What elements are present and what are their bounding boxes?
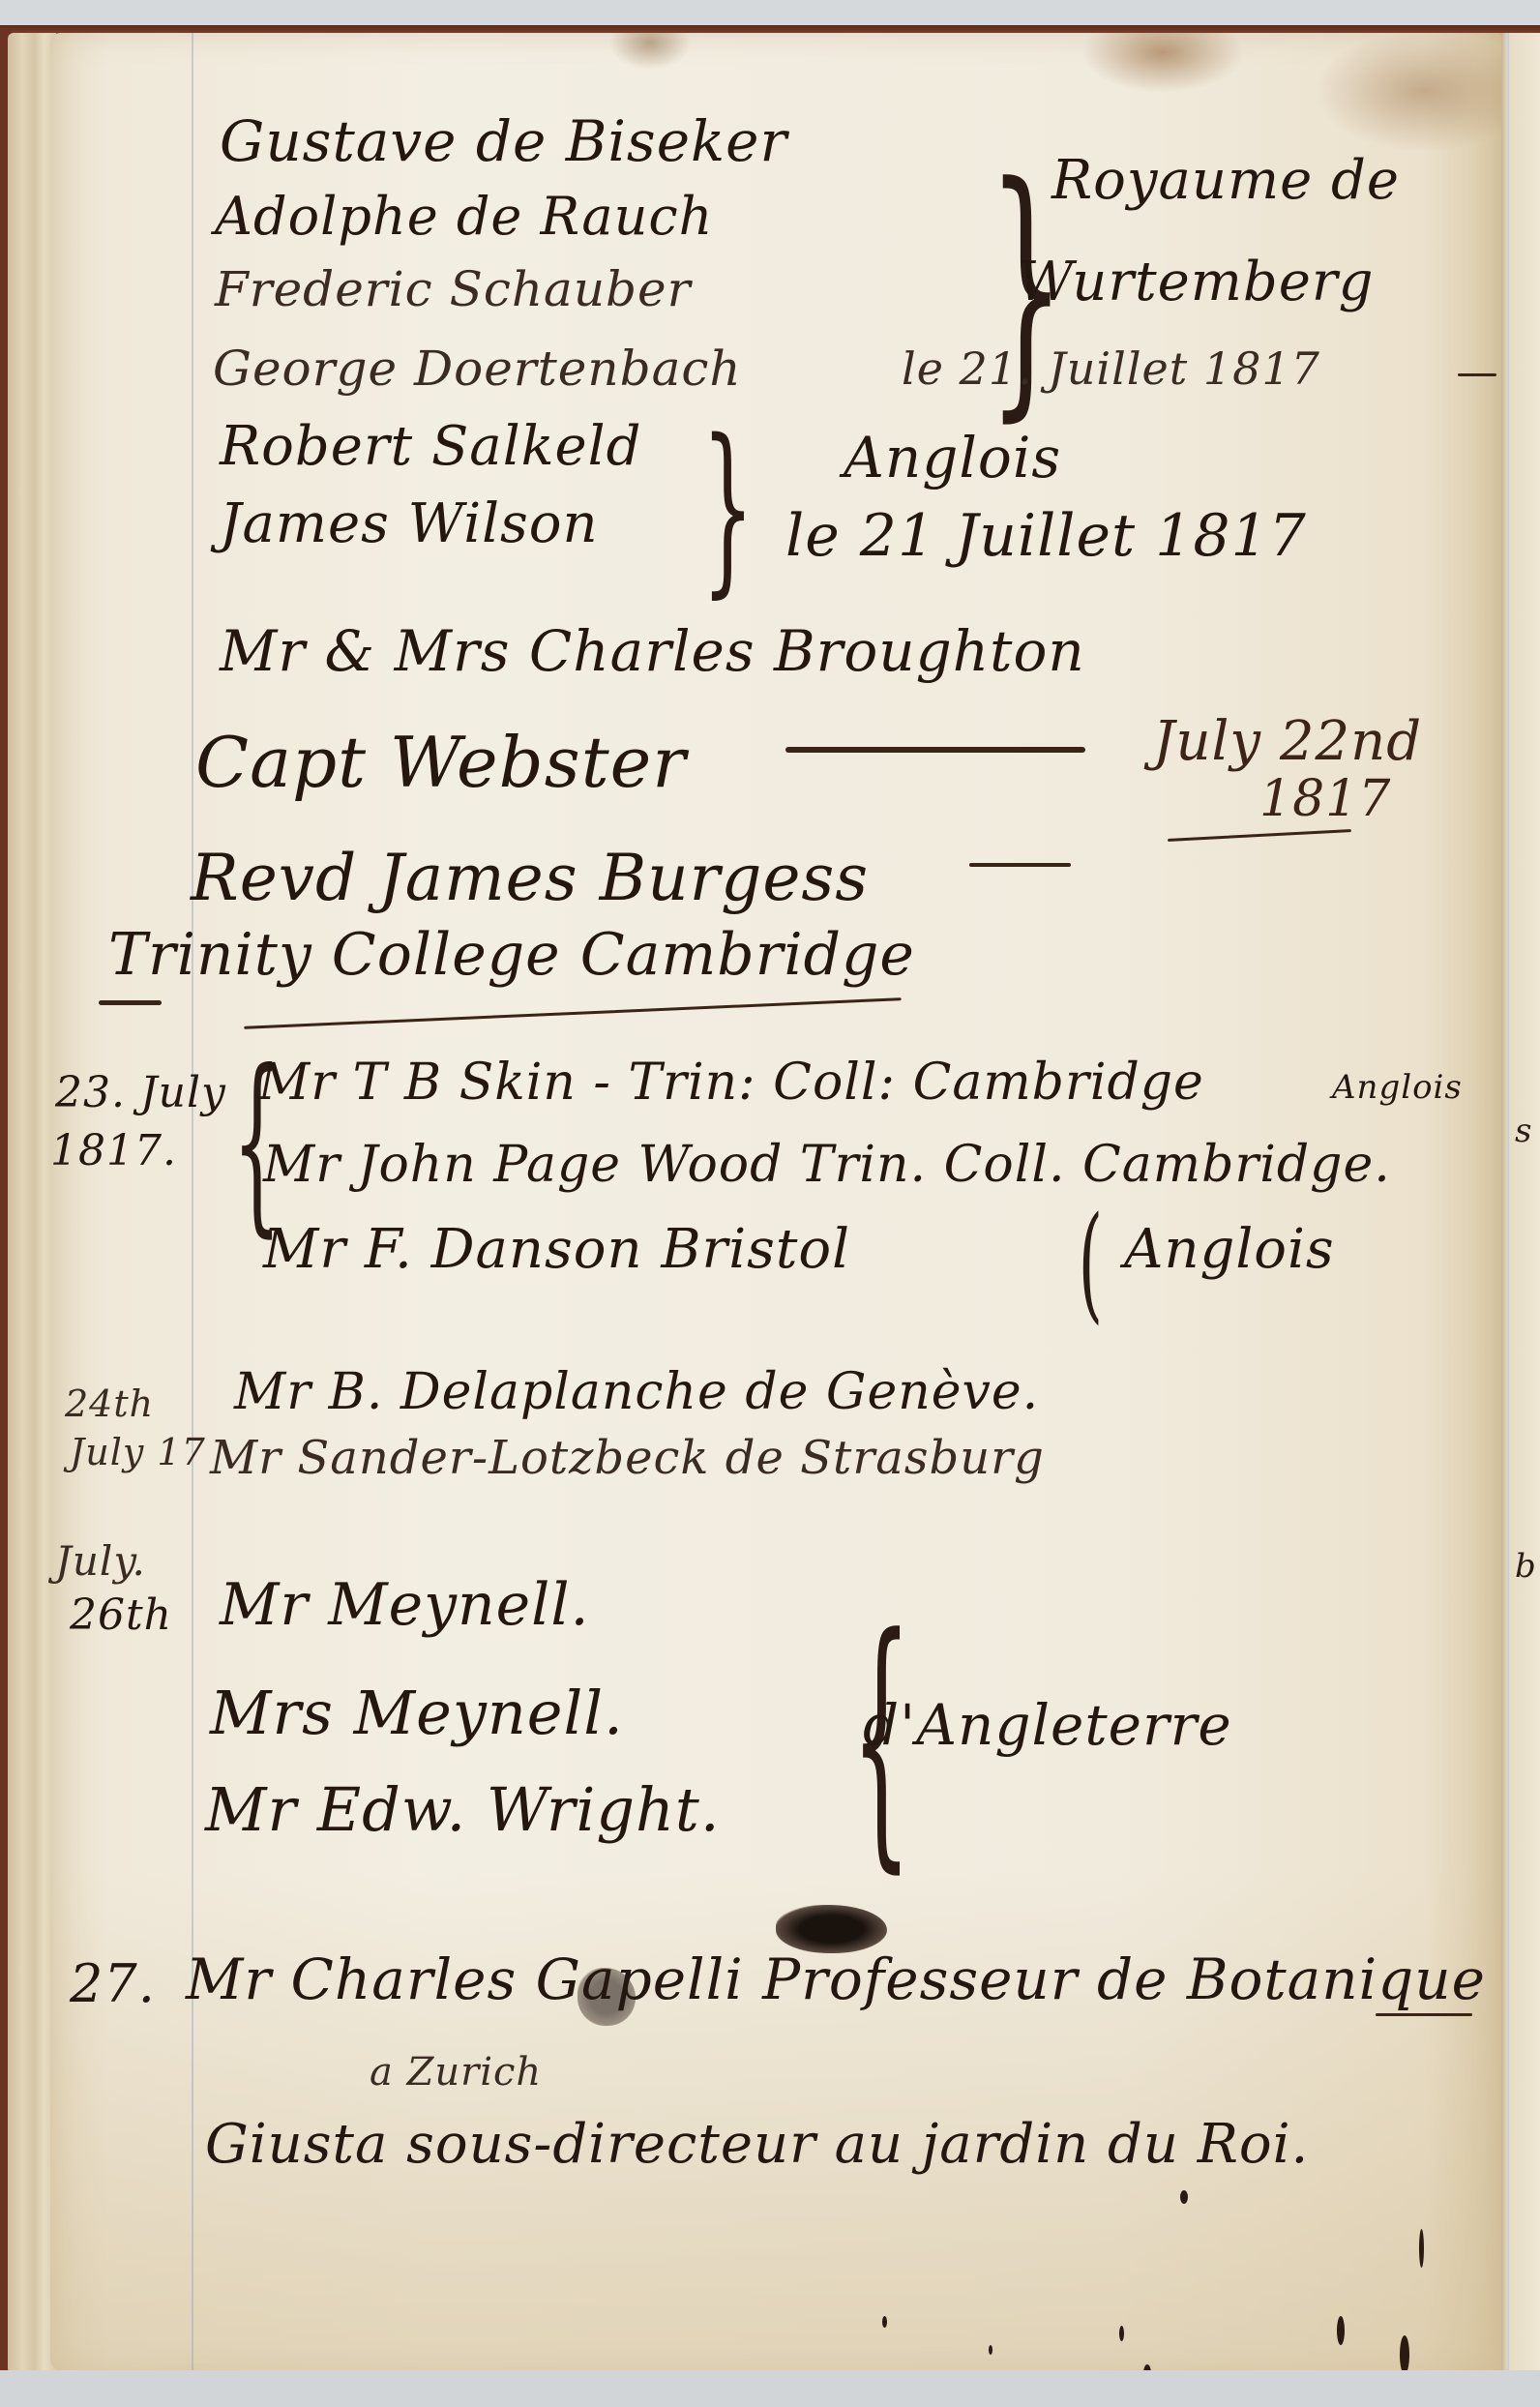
origin-text: Anglois	[1124, 1218, 1335, 1281]
origin-text: d'Angleterre	[863, 1692, 1232, 1758]
ink-speck	[1419, 2229, 1424, 2268]
margin-date: 24th	[65, 1382, 154, 1425]
margin-date: 26th	[70, 1590, 172, 1640]
margin-date: July.	[55, 1537, 146, 1585]
origin-text: Anglois	[844, 425, 1061, 490]
facing-page-rule	[1507, 33, 1509, 2374]
dash-stroke	[785, 747, 1085, 753]
affiliation-text: Trinity College Cambridge	[108, 921, 915, 989]
entry-line: Mr T B Skin - Trin: Coll: Cambridge	[258, 1054, 1204, 1112]
ink-speck	[882, 2316, 887, 2328]
margin-date: 23. July	[55, 1068, 226, 1117]
facing-page-edge: s b	[1497, 33, 1540, 2374]
signature: Adolphe de Rauch	[215, 186, 713, 247]
underline-stroke	[244, 997, 901, 1029]
entry-date: le 21 Juillet 1817	[785, 502, 1307, 570]
facing-page-glyph: s	[1515, 1112, 1531, 1150]
page-stack-left	[8, 33, 56, 2374]
signature: Robert Salkeld	[220, 415, 641, 478]
entry-date: July 22nd	[1153, 710, 1422, 773]
margin-date: 1817.	[50, 1126, 177, 1175]
entry-line: a Zurich	[370, 2050, 542, 2095]
signature: Mr & Mrs Charles Broughton	[220, 618, 1085, 684]
entry-date: le 21. Juillet 1817	[902, 342, 1320, 395]
dash-stroke	[1376, 2013, 1472, 2016]
margin-date: 27.	[70, 1953, 156, 2014]
signature: Mrs Meynell.	[210, 1678, 624, 1748]
entry-line: Giusta sous-directeur au jardin du Roi.	[205, 2113, 1309, 2176]
margin-date: July 17	[70, 1431, 206, 1473]
origin-text: Anglois	[1332, 1068, 1463, 1107]
signature: Capt Webster	[195, 722, 687, 803]
origin-text: Wurtemberg	[1018, 251, 1374, 313]
ink-speck	[1180, 2190, 1188, 2204]
entry-line: Mr B. Delaplanche de Genève.	[234, 1363, 1039, 1421]
facing-page-glyph: b	[1515, 1547, 1536, 1586]
dash-stroke	[1458, 373, 1496, 376]
brace-icon: (	[1079, 1189, 1103, 1336]
entry-line: Mr Charles Gapelli Professeur de Botaniq…	[186, 1946, 1486, 2012]
dash-stroke	[969, 863, 1071, 867]
manuscript-page: Gustave de Biseker Adolphe de Rauch Fred…	[50, 33, 1501, 2372]
ink-speck	[1337, 2316, 1345, 2345]
ink-speck	[1119, 2326, 1124, 2341]
dash-stroke	[99, 1000, 162, 1005]
ink-speck	[1400, 2335, 1409, 2374]
entry-line: Mr John Page Wood Trin. Coll. Cambridge.	[263, 1136, 1391, 1194]
signature: George Doertenbach	[213, 341, 742, 397]
scanner-background-bottom	[0, 2370, 1540, 2407]
signature: Frederic Schauber	[215, 261, 692, 317]
signature: Gustave de Biseker	[220, 108, 787, 174]
brace-icon: }	[701, 401, 754, 614]
ink-speck	[989, 2345, 992, 2355]
margin-rule-line	[192, 33, 193, 2372]
underline-stroke	[1168, 829, 1351, 842]
signature: Mr Edw. Wright.	[205, 1774, 721, 1845]
entry-line: Mr F. Danson Bristol	[263, 1218, 850, 1281]
signature: Revd James Burgess	[191, 841, 869, 915]
entry-date-year: 1817	[1259, 770, 1391, 828]
origin-text: Royaume de	[1051, 149, 1400, 212]
signature: Mr Meynell.	[220, 1571, 590, 1639]
signature: James Wilson	[220, 492, 599, 555]
entry-line: Mr Sander-Lotzbeck de Strasburg	[210, 1431, 1045, 1485]
